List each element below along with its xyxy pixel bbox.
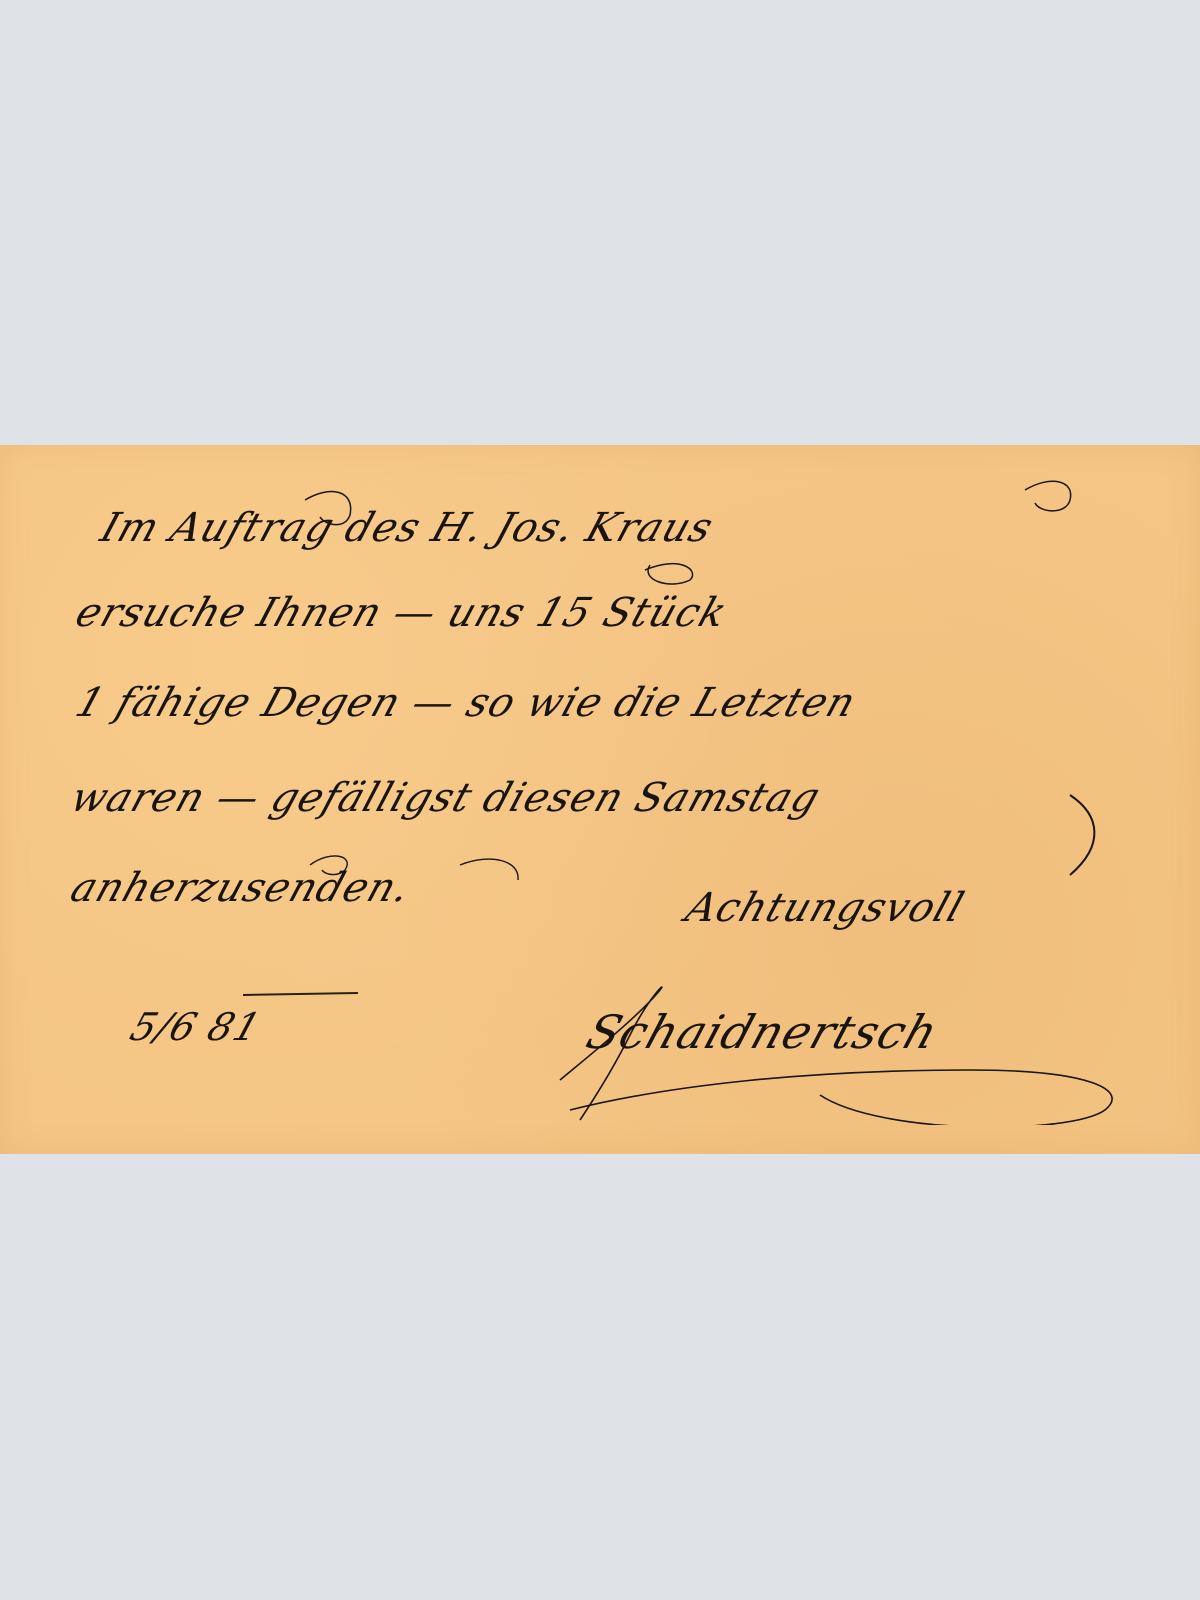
letter-line-5: anherzusenden. (65, 865, 417, 911)
letter-line-2: ersuche Ihnen — uns 15 Stück (70, 590, 733, 636)
date: 5/6 81 (125, 1005, 267, 1049)
letter-line-3: 1 fähige Degen — so wie die Letzten (70, 680, 862, 726)
letter-line-1: Im Auftrag des H. Jos. Kraus (95, 505, 719, 551)
signature: Schaidnertsch (580, 1005, 945, 1059)
closing-salutation: Achtungsvoll (680, 885, 970, 931)
postcard: Im Auftrag des H. Jos. Kraus ersuche Ihn… (0, 445, 1200, 1154)
date-underline (243, 992, 358, 996)
letter-line-4: waren — gefälligst diesen Samstag (65, 775, 826, 821)
